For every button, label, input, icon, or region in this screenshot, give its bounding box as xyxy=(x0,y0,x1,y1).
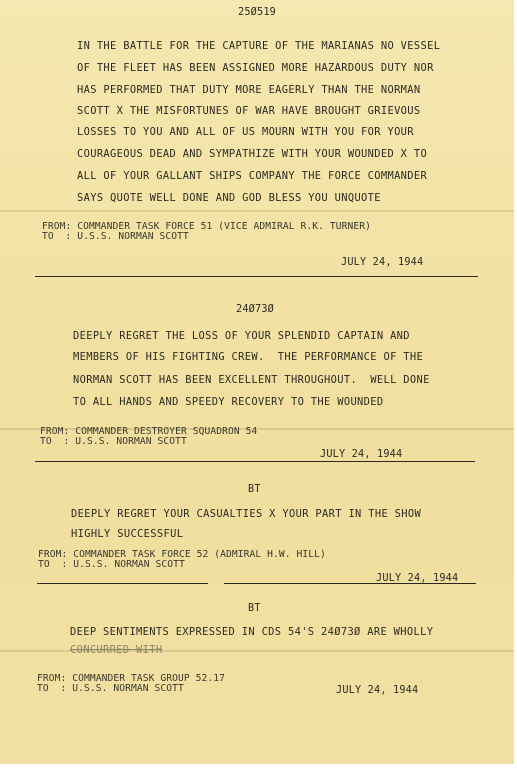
message-1-line: LOSSES TO YOU AND ALL OF US MOURN WITH Y… xyxy=(77,126,414,138)
message-1-line: OF THE FLEET HAS BEEN ASSIGNED MORE HAZA… xyxy=(77,62,434,74)
divider xyxy=(35,276,478,277)
message-3-to: TO : U.S.S. NORMAN SCOTT xyxy=(38,560,185,570)
message-4-dtg: BT xyxy=(248,603,261,614)
message-1-dtg: 25Ø519 xyxy=(238,7,276,18)
message-1-line: SCOTT X THE MISFORTUNES OF WAR HAVE BROU… xyxy=(77,105,421,117)
message-3-line: HIGHLY SUCCESSFUL xyxy=(71,528,183,540)
message-2-date: JULY 24, 1944 xyxy=(320,449,402,460)
message-2-line: DEEPLY REGRET THE LOSS OF YOUR SPLENDID … xyxy=(73,330,410,342)
message-1-line: SAYS QUOTE WELL DONE AND GOD BLESS YOU U… xyxy=(77,192,381,204)
message-2-line: MEMBERS OF HIS FIGHTING CREW. THE PERFOR… xyxy=(73,351,423,363)
message-2-to: TO : U.S.S. NORMAN SCOTT xyxy=(40,437,187,447)
message-4-line: CONCURRED WITH xyxy=(70,644,162,656)
message-4-line: DEEP SENTIMENTS EXPRESSED IN CDS 54'S 24… xyxy=(70,626,433,638)
divider xyxy=(37,583,208,584)
message-2-dtg: 24Ø73Ø xyxy=(236,304,274,315)
message-1-date: JULY 24, 1944 xyxy=(341,257,423,268)
message-2-line: TO ALL HANDS AND SPEEDY RECOVERY TO THE … xyxy=(73,396,383,408)
message-1-line: IN THE BATTLE FOR THE CAPTURE OF THE MAR… xyxy=(77,40,440,52)
message-1-line: COURAGEOUS DEAD AND SYMPATHIZE WITH YOUR… xyxy=(77,148,427,160)
paper-fold xyxy=(0,210,514,212)
divider xyxy=(35,461,475,462)
telegram-page: 25Ø519 IN THE BATTLE FOR THE CAPTURE OF … xyxy=(0,0,514,764)
divider xyxy=(224,583,476,584)
message-1-line: ALL OF YOUR GALLANT SHIPS COMPANY THE FO… xyxy=(77,170,427,182)
message-2-line: NORMAN SCOTT HAS BEEN EXCELLENT THROUGHO… xyxy=(73,374,430,386)
message-4-date: JULY 24, 1944 xyxy=(336,685,418,696)
message-3-dtg: BT xyxy=(248,484,261,495)
message-1-line: HAS PERFORMED THAT DUTY MORE EAGERLY THA… xyxy=(77,84,421,96)
message-4-to: TO : U.S.S. NORMAN SCOTT xyxy=(37,684,184,694)
message-1-to: TO : U.S.S. NORMAN SCOTT xyxy=(42,232,189,242)
message-3-line: DEEPLY REGRET YOUR CASUALTIES X YOUR PAR… xyxy=(71,508,421,520)
